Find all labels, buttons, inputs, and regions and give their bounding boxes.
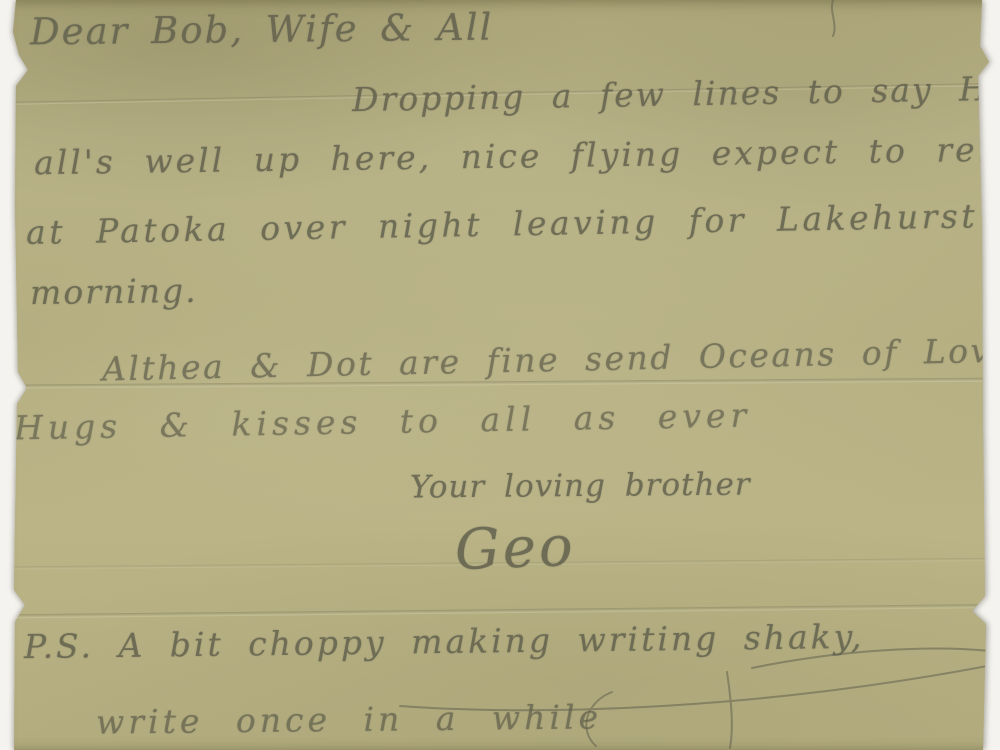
handwriting-line: Dropping a few lines to say Hello: [352, 68, 1000, 119]
handwriting-line: Althea & Dot are fine send Oceans of Lov…: [102, 330, 1000, 388]
handwriting-line: morning.: [30, 271, 198, 312]
top-edge-partial-stroke: [832, 0, 835, 36]
bottom-vertical-stroke: [727, 672, 732, 748]
closing-line: Your loving brother: [410, 467, 751, 506]
salutation-line: Dear Bob, Wife & All: [30, 6, 494, 54]
signature-geo: Geo: [454, 514, 577, 583]
letter-paper: Dear Bob, Wife & All Dropping a few line…: [0, 0, 1000, 750]
handwriting-line: all's well up here, nice flying expect t…: [34, 129, 1000, 182]
handwriting-line: Hugs & kisses to all as ever: [14, 396, 752, 448]
postscript-line: write once in a while: [96, 697, 602, 741]
paper-shadow-wrap: Dear Bob, Wife & All Dropping a few line…: [0, 0, 1000, 750]
handwriting-line: at Patoka over night leaving for Lakehur…: [26, 195, 1000, 252]
scanned-letter-image: Dear Bob, Wife & All Dropping a few line…: [0, 0, 1000, 750]
postscript-line: P.S. A bit choppy making writing shaky,: [24, 617, 865, 666]
